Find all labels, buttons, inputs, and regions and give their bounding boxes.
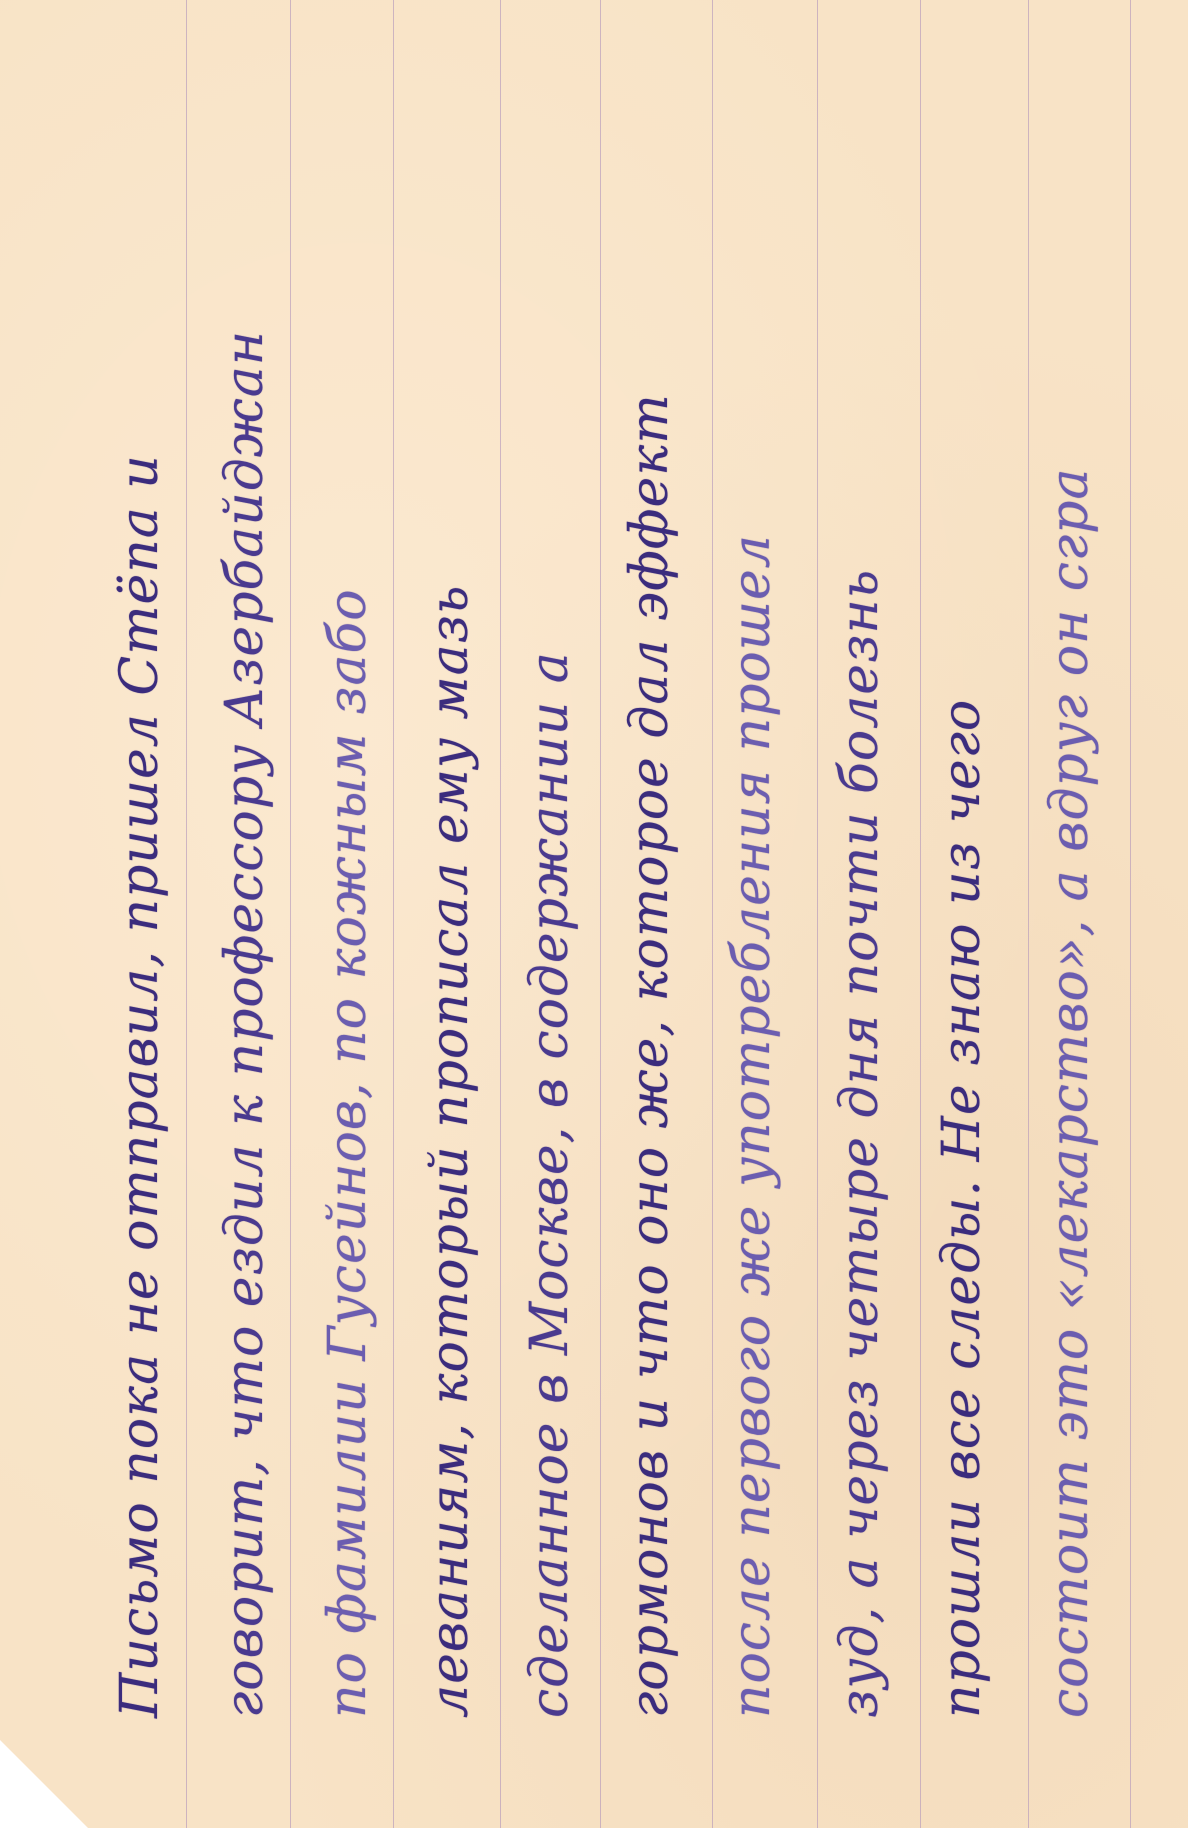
text-line-9: прошли все следы. Не знаю из чего — [932, 699, 992, 1718]
text-line-6: гормонов и что оно же, которое дал эффек… — [620, 393, 680, 1718]
text-line-5: сделанное в Москве, в содержании а — [520, 651, 580, 1718]
text-line-8: зуд, а через четыре дня почти болезнь — [830, 569, 890, 1718]
text-line-7: после первого же употребления прошел — [722, 534, 782, 1718]
text-line-1: Письмо пока не отправил, пришел Стёпа и — [110, 454, 170, 1718]
text-line-10: состоит это «лекарство», а вдруг он сгра — [1040, 468, 1100, 1718]
text-line-4: леваниям, который прописал ему мазь — [420, 585, 480, 1718]
text-line-2: говорит, что ездил к профессору Азербайд… — [215, 330, 275, 1718]
letter-page: Письмо пока не отправил, пришел Стёпа и … — [0, 0, 1188, 1828]
text-line-3: по фамилии Гусейнов, по кожным забо — [318, 588, 378, 1718]
handwritten-text-block: Письмо пока не отправил, пришел Стёпа и … — [0, 0, 1188, 1828]
